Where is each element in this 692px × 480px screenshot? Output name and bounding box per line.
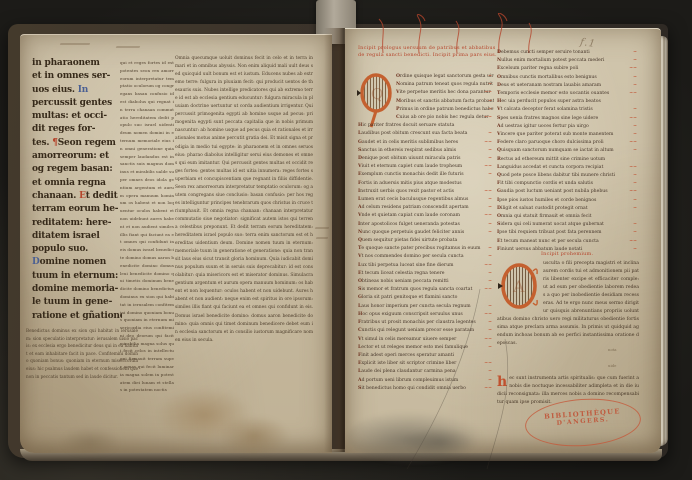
verse-line: Instruxit uerbis quos rexit pastor et ac… xyxy=(358,188,494,196)
verse-line: Et tecum maneat nunc et per secula cunct… xyxy=(497,238,639,246)
psalm-line: amorreorum: et xyxy=(32,150,122,163)
verse-line: Quod pete posce libens dabitur tibi mune… xyxy=(497,172,639,180)
verse-line: Languidus accedat et cuncta corpora reci… xyxy=(497,164,639,172)
right-page: Incipit prologus uersuum de patribus et … xyxy=(345,28,661,453)
verse-line: Rectus ad ethereum mittit sine crimine u… xyxy=(497,156,639,164)
psalm-line: et omnia regna xyxy=(32,177,122,190)
verse-line: Primus in ordine patrum benedictus habet… xyxy=(358,106,494,114)
margin-note: nota xyxy=(608,347,617,353)
folio-number: f.1 xyxy=(579,37,596,50)
psalm-line: og regem basan: xyxy=(32,163,122,176)
verse-line: Exemplum cunctis monachis dedit ille fut… xyxy=(358,171,494,179)
verse-line: Denique post obitum uiuunt miracula patr… xyxy=(358,155,494,163)
verse-line: Nomina patrum teneat quos regula nutrit xyxy=(358,81,494,89)
verse-line: Diligit et saluat custodit protegit orna… xyxy=(497,205,639,213)
psalm-line: Domine nomen xyxy=(32,256,122,269)
verse-line: Ad uestras igitur uoces fertur pia uirgo xyxy=(497,123,639,131)
psalm-line: chanaan. Et dedit xyxy=(32,190,122,203)
rubric-incipit-line1: Incipit prologus uersuum de patribus et … xyxy=(358,45,500,52)
verse-line: Viuit et eternum capiet cum laude trophe… xyxy=(358,163,494,171)
parchment-stain xyxy=(60,427,120,457)
verse-line: Quisquam sanctorum numquam se iactat in … xyxy=(497,147,639,155)
verse-line: Vnde et quietam capiat cum laude coronam xyxy=(358,212,494,220)
psalm-line: terram eorum he- xyxy=(32,203,122,216)
verse-line: Sanctus in ethereis respirat sedibus alm… xyxy=(358,147,494,155)
psalm-line: domine memoria- xyxy=(32,283,122,296)
psalm-line: reditatem: here- xyxy=(32,217,122,230)
verse-line: Sidera qui celi numerat uocat atque gube… xyxy=(497,221,639,229)
verse-line: Vt calcata deceptor ferat solamina trist… xyxy=(497,106,639,114)
psalm-text-column: in pharaonemet in omnes ser-uos eius. In… xyxy=(32,57,122,325)
rubric-prohemium: Incipit prohemium. xyxy=(541,251,639,258)
verse-line: Ad celum residens patriam conscendit ape… xyxy=(358,204,494,212)
left-page: in pharaonemet in omnes ser-uos eius. In… xyxy=(20,34,332,453)
verse-line: Et tecum liceat celestia regna tenere xyxy=(358,270,494,278)
verse-column-2: Debemus cuncti semper seruire tonantiNul… xyxy=(497,49,639,253)
manuscript-photograph: in pharaonemet in omnes ser-uos eius. In… xyxy=(0,0,692,480)
psalm-line: et in omnes ser- xyxy=(32,70,122,83)
verse-line: Fit tibi compunctio cordis et unda salut… xyxy=(497,180,639,188)
verse-line: Moribus et sanctis abbatum facta probant… xyxy=(358,98,494,106)
verse-line: Laudibus post obitum crescunt sua facta … xyxy=(358,130,494,138)
verse-line: Vite perpetue meritis hec dona parantur xyxy=(358,89,494,97)
psalm-line: dit reges for- xyxy=(32,123,122,136)
verse-line: Inter apostolicos fulget ueneranda potes… xyxy=(358,221,494,229)
verse-line: Lumen erat cecis baculusque regentibus a… xyxy=(358,196,494,204)
faint-inscription xyxy=(116,46,141,48)
psalm-line: percussit gentes xyxy=(32,97,122,110)
rubric-incipit-line2: de regula sancti benedicti. Incipit prim… xyxy=(358,52,500,59)
psalm-line: tes. ¶Seon regem xyxy=(32,137,122,150)
verse-line: Ipse pios iustos humiles et corde benign… xyxy=(497,197,639,205)
psalm-line: le tuum in gene- xyxy=(32,296,122,309)
verse-line: Te quoque sancte pater precibus rogitamu… xyxy=(358,245,494,253)
psalm-line: tuum in eternum: xyxy=(32,270,122,283)
verse-line: Gaudet et in celis meritis sublimibus he… xyxy=(358,139,494,147)
verse-line: Nunc quoque perpetuis gaudet feliciter a… xyxy=(358,229,494,237)
verse-line: Deus et ueteranam nostram lauabis amaram xyxy=(497,82,639,90)
verse-line: Quem sequitur pietas fidei uirtute proba… xyxy=(358,237,494,245)
psalm-line: uos eius. In xyxy=(32,84,122,97)
colored-initial: D xyxy=(32,257,40,267)
foot-gloss-block: Benedictus dominus ex sion qui habitat i… xyxy=(26,327,138,403)
verse-line: Omnia qui statuit firmauit et omnia feci… xyxy=(497,213,639,221)
verse-line: Spes uenia fratres magnos sine lege uide… xyxy=(497,115,639,123)
verse-line: Ipse tibi requiem tribuat post fata pere… xyxy=(497,229,639,237)
verse-line: Fortis in aduersis mitis pius atque mode… xyxy=(358,180,494,188)
ink-showthrough-blot xyxy=(405,427,475,457)
verse-line: Omnibus cunctis mortalibus esto benignus xyxy=(497,74,639,82)
marginal-gloss-column: Omnia quecumque uoluit dominus fecit in … xyxy=(175,55,313,413)
verse-line: Debemus cuncti semper seruire tonanti xyxy=(497,49,639,57)
faint-inscription xyxy=(60,43,91,45)
psalm-line: ratione et gñatione. xyxy=(32,310,122,323)
verse-line: Federe claro paruoque choro dulcissima p… xyxy=(497,139,639,147)
verse-line: Excelsum pariter regna subire poli xyxy=(497,65,639,73)
colored-initial: E xyxy=(79,191,86,201)
parchment-stain xyxy=(218,415,290,457)
psalm-line: multas: et occi- xyxy=(32,110,122,123)
psalm-line: populo suo. xyxy=(32,243,122,256)
verse-line: Gaudia post luctum ueniant post nubila p… xyxy=(497,188,639,196)
psalm-line: ditatem israel xyxy=(32,230,122,243)
verse-line: Vincere que pariter poterat sub monte ma… xyxy=(497,131,639,139)
colored-initial: In xyxy=(78,85,88,95)
verse-line: Nullus enim mortalium potest peccata med… xyxy=(497,57,639,65)
verse-line: Vt nos commendes domino per secula cunct… xyxy=(358,253,494,261)
verse-line: Ordine quisque legat sanctorum gesta uir… xyxy=(358,73,494,81)
psalm-line: in pharaonem xyxy=(32,57,122,70)
margin-note: uide xyxy=(608,363,616,369)
verse-line: Temporis ecclesie memor esto uocantis ou… xyxy=(497,90,639,98)
verse-line: Lux tibi perpetua luceat sine fine dieru… xyxy=(358,262,494,270)
verse-line: Cuius ab ore pio nobis hec regula detur xyxy=(358,114,494,122)
verse-line: Hec uia perducit populos super astra bea… xyxy=(497,98,639,106)
verse-line: Hic pariter fratres docuit seruare statu… xyxy=(358,122,494,130)
